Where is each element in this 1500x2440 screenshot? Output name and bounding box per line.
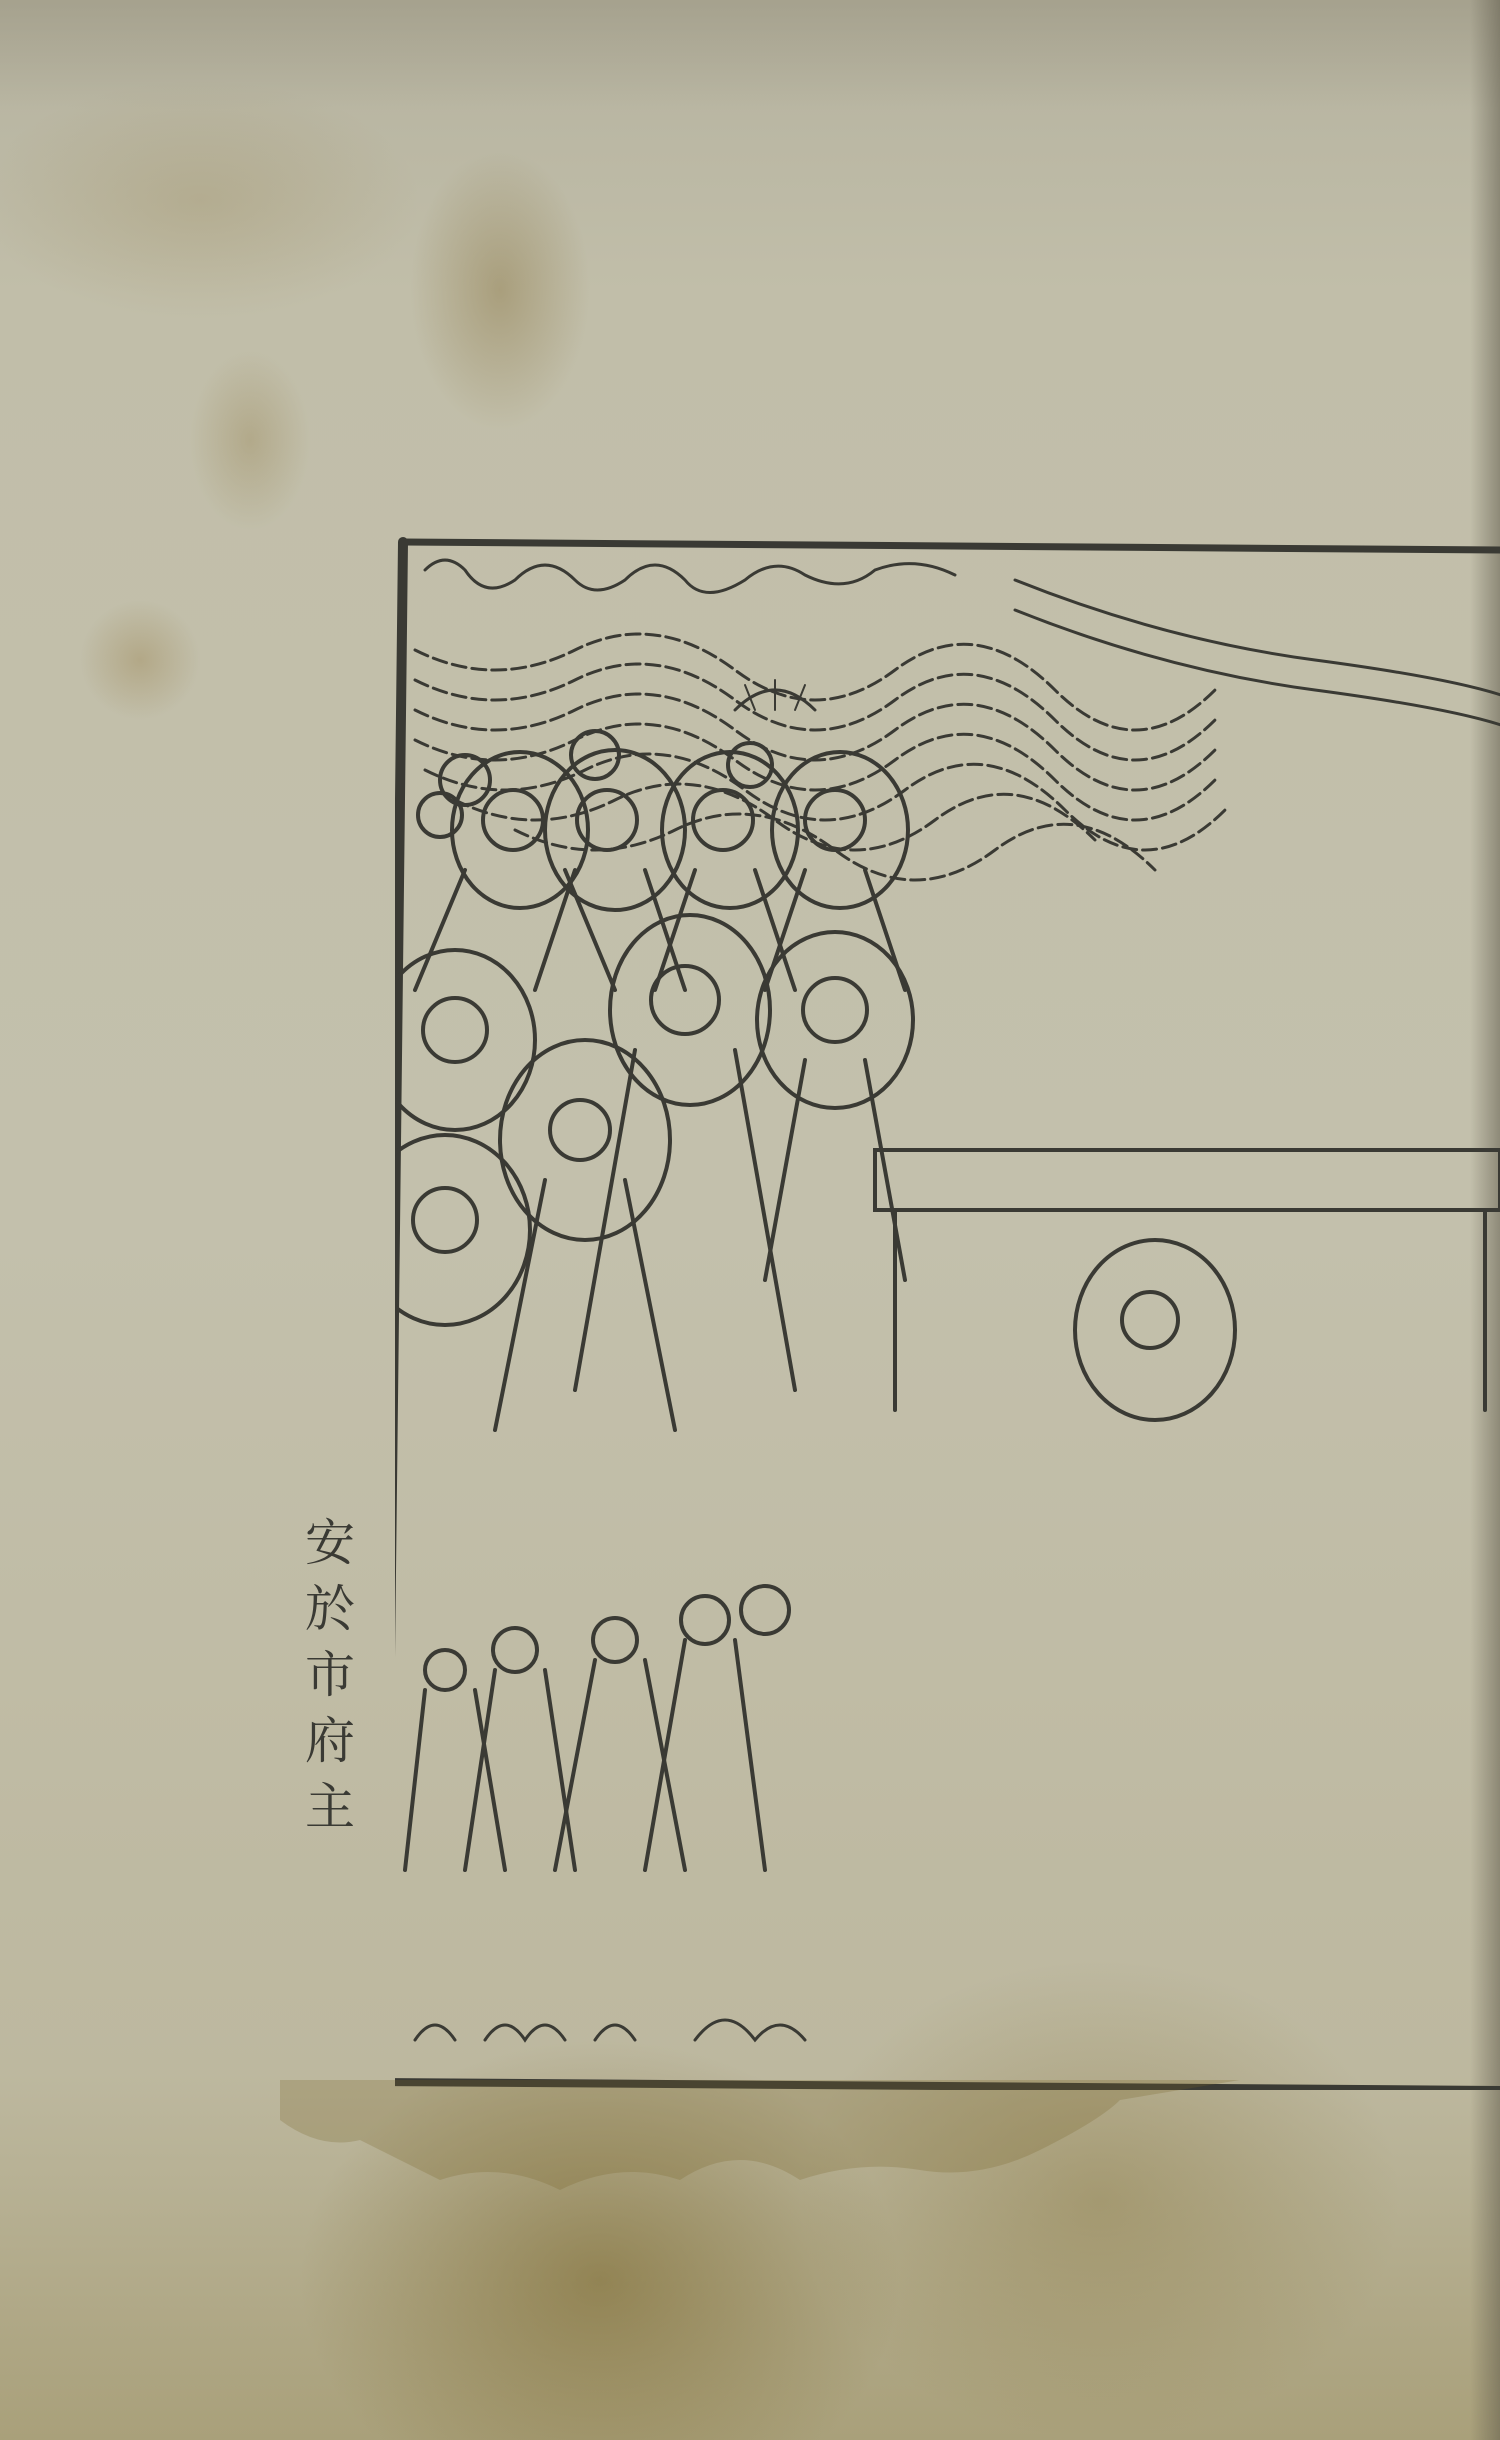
inscription-char: 府 — [305, 1708, 355, 1774]
illustration-linework — [395, 530, 1500, 2090]
inscription-char: 安 — [305, 1510, 355, 1576]
woodblock-illustration — [395, 530, 1500, 2090]
inscription-char: 市 — [305, 1642, 355, 1708]
torn-paper-edge — [280, 2080, 1240, 2200]
top-shadow-band — [0, 0, 1500, 110]
aged-paper-page: 安 於 市 府 主 — [0, 0, 1500, 2440]
inscription-char: 於 — [305, 1576, 355, 1642]
vertical-inscription: 安 於 市 府 主 — [300, 1510, 360, 1840]
inscription-char: 主 — [305, 1774, 355, 1840]
